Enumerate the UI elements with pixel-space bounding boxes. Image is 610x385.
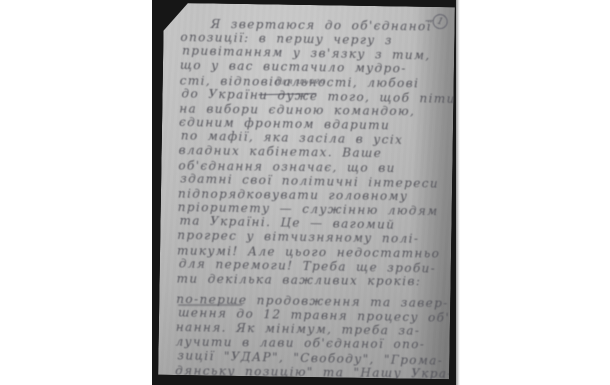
interline-insertion: для цього	[275, 76, 327, 87]
manuscript-photo: 1 Я звертаюся до об'єднаної опозиції: в …	[152, 0, 458, 385]
handwriting-line: ти декілька важливих кроків:	[177, 271, 445, 288]
photo-edge-highlight	[456, 0, 460, 385]
manuscript-paper: 1 Я звертаюся до об'єднаної опозиції: в …	[158, 3, 455, 380]
article-image-canvas: 1 Я звертаюся до об'єднаної опозиції: в …	[0, 0, 610, 385]
handwriting-line: дянську позицію" та "Нашу Укра-	[175, 363, 443, 379]
handwriting-block: Я звертаюся до об'єднаної опозиції: в пе…	[158, 3, 455, 380]
